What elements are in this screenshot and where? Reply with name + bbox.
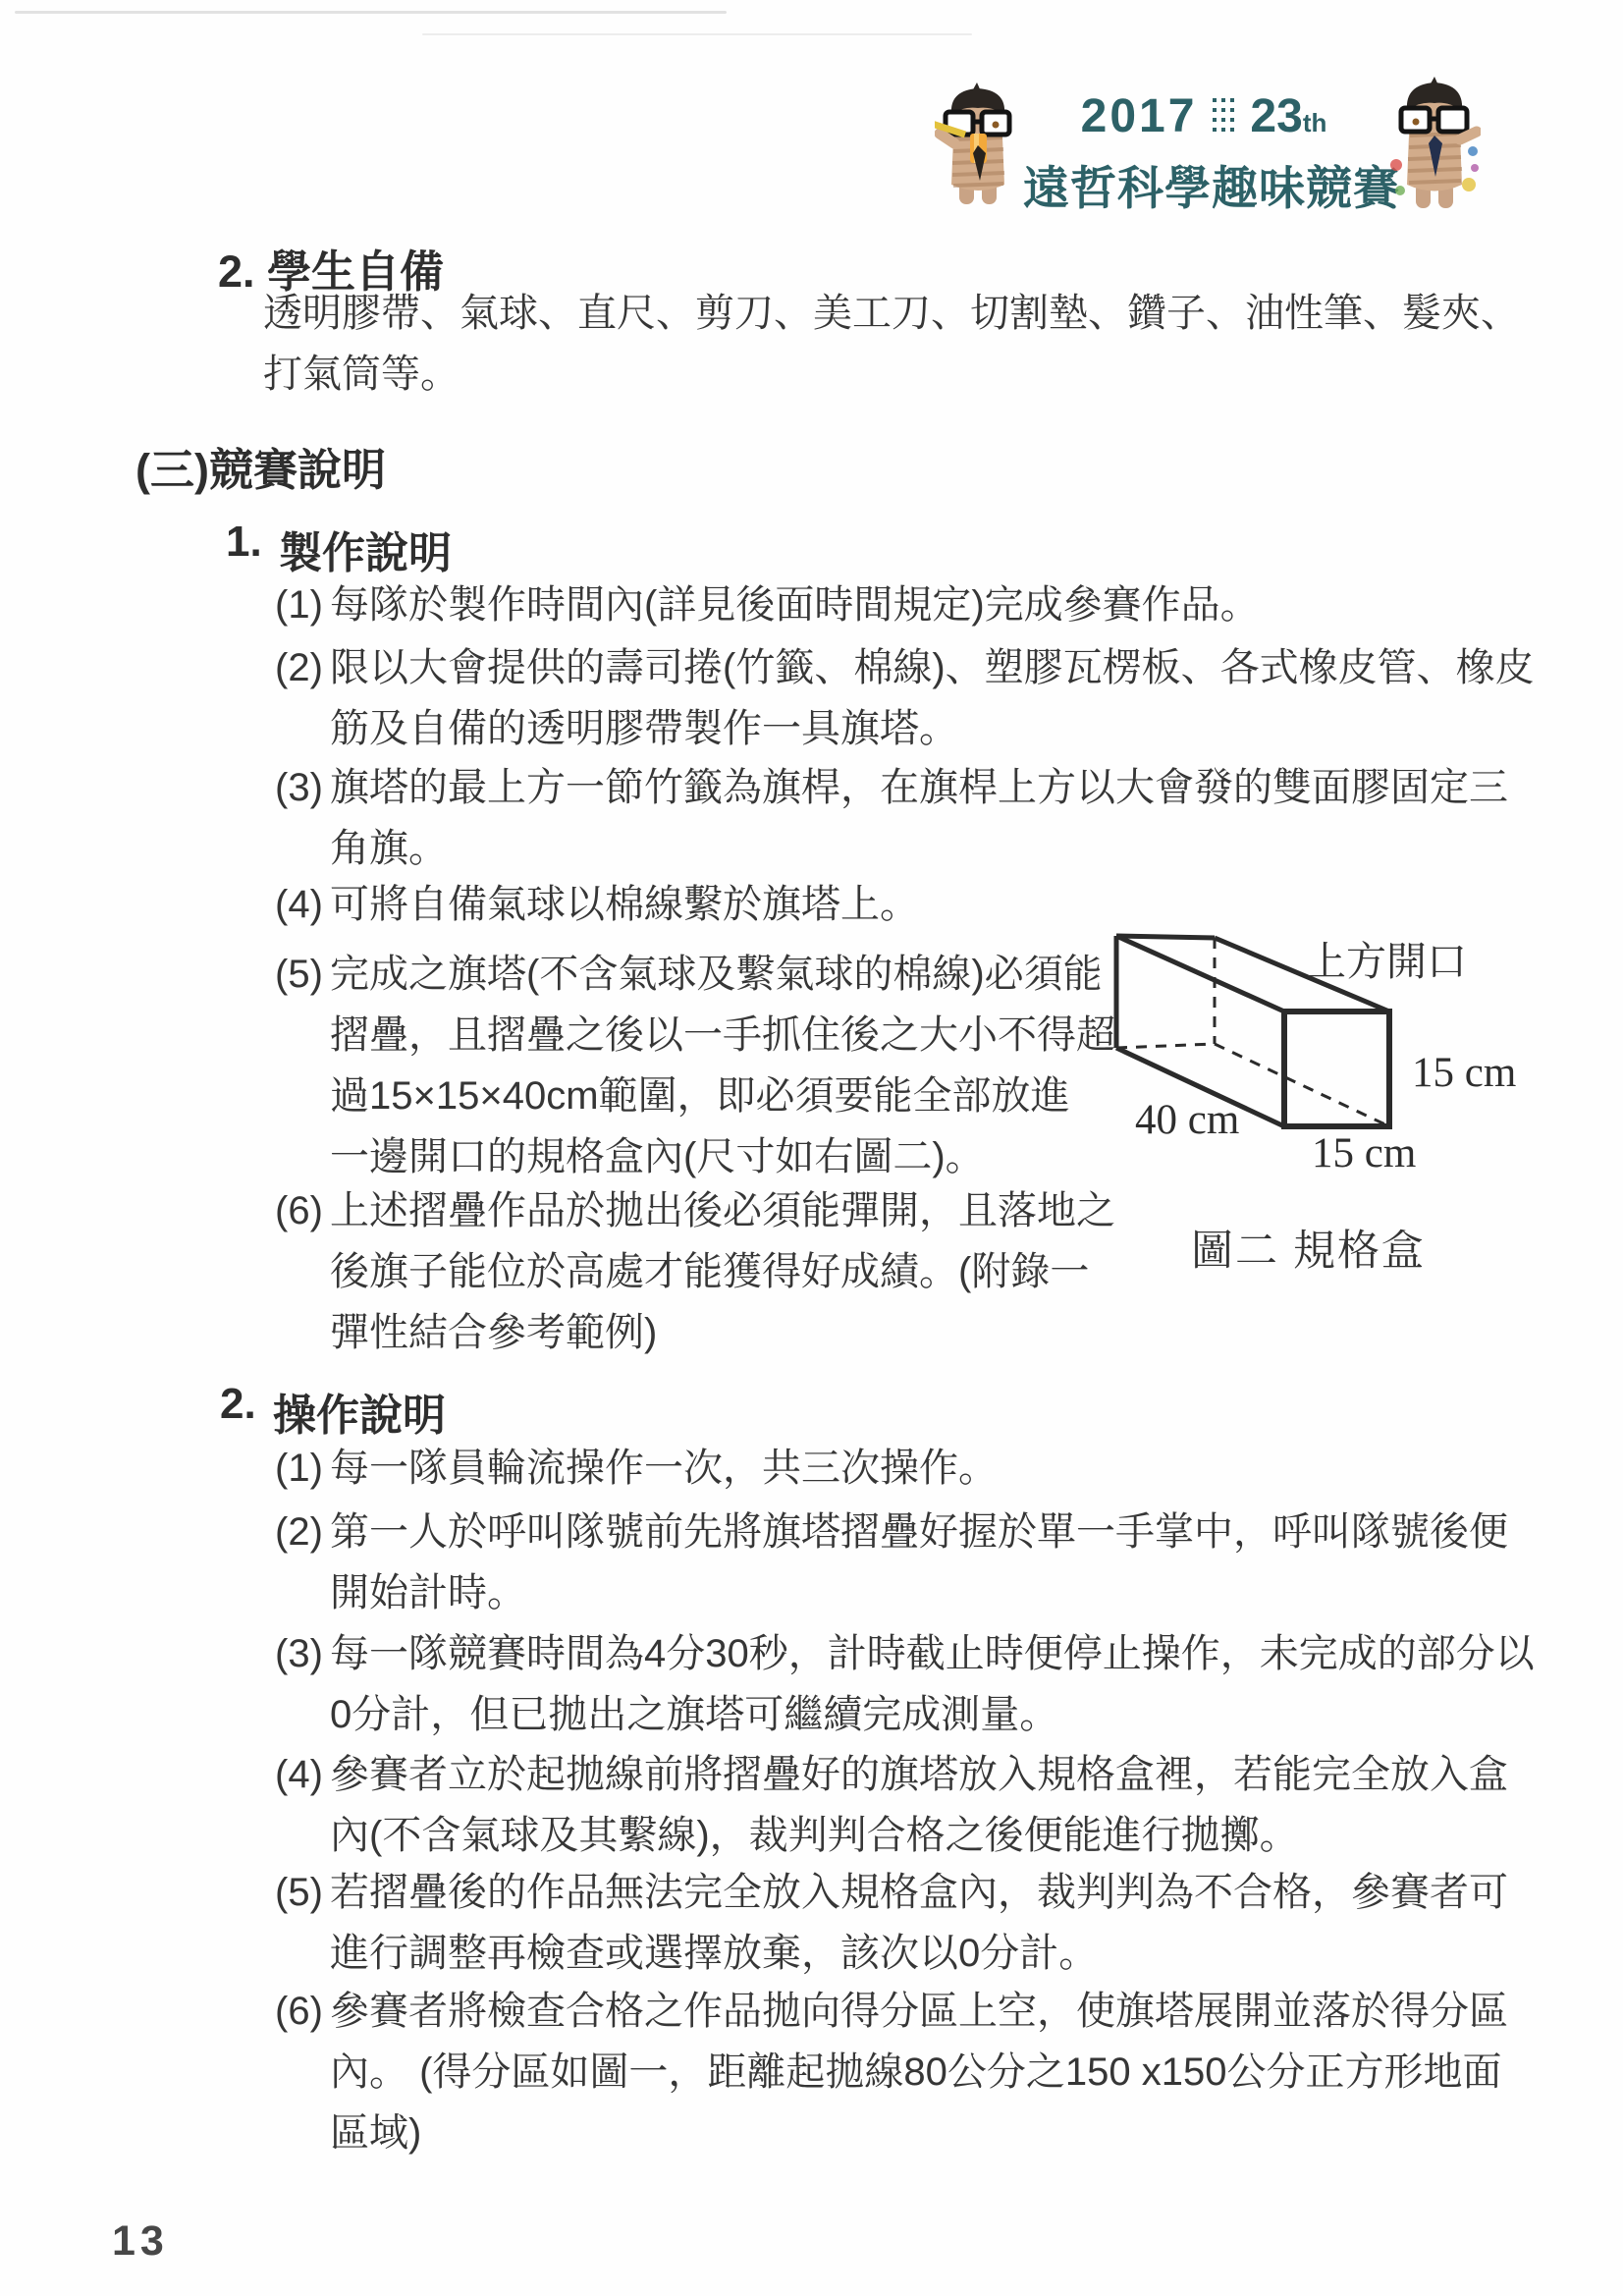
mascot-left-icon <box>935 82 1021 208</box>
subsection-operation-heading: 2.操作說明 <box>220 1380 446 1443</box>
item-number: (3) <box>275 1623 330 1745</box>
operation-item-4: (4) 參賽者立於起拋線前將摺疊好的旗塔放入規格盒裡，若能完全放入盒內(不含氣球… <box>275 1744 1508 1866</box>
item-number: (2) <box>275 637 330 759</box>
figure-height-label: 15 cm <box>1412 1049 1516 1097</box>
item-text: 每隊於製作時間內(詳見後面時間規定)完成參賽作品。 <box>330 574 1260 635</box>
making-item-2: (2) 限以大會提供的壽司捲(竹籤、棉線)、塑膠瓦楞板、各式橡皮管、橡皮筋及自備… <box>275 637 1535 759</box>
making-item-5: (5) 完成之旗塔(不含氣球及繫氣球的棉線)必須能摺疊，且摺疊之後以一手抓住後之… <box>275 944 1115 1187</box>
subsection-number: 1. <box>226 518 279 580</box>
making-item-4: (4) 可將自備氣球以棉線繫於旗塔上。 <box>275 874 919 935</box>
item-number: (1) <box>275 574 330 635</box>
logo-year-row: 2017 23th <box>1023 88 1384 143</box>
figure-length-label: 40 cm <box>1135 1096 1239 1144</box>
mascot-right-icon <box>1386 75 1481 212</box>
item-text: 旗塔的最上方一節竹籤為旗桿，在旗桿上方以大會發的雙面膠固定三角旗。 <box>330 757 1508 879</box>
section-competition-heading: (三)競賽說明 <box>135 434 386 498</box>
section-number: 2. <box>218 246 255 297</box>
subsection-title: 操作說明 <box>273 1380 446 1443</box>
item-number: (4) <box>275 874 330 935</box>
dots-separator-icon <box>1213 98 1234 134</box>
making-item-3: (3) 旗塔的最上方一節竹籤為旗桿，在旗桿上方以大會發的雙面膠固定三角旗。 <box>275 757 1508 879</box>
item-number: (5) <box>275 944 330 1187</box>
item-text: 可將自備氣球以棉線繫於旗塔上。 <box>330 874 919 935</box>
document-page: 2017 23th 遠哲科學趣味競賽 <box>0 0 1623 2296</box>
subsection-number: 2. <box>220 1380 273 1443</box>
item-text: 上述摺疊作品於拋出後必須能彈開，且落地之後旗子能位於高處才能獲得好成績。(附錄一… <box>330 1180 1115 1363</box>
figure-opening-label: 上方開口 <box>1306 929 1467 987</box>
operation-item-6: (6) 參賽者將檢查合格之作品拋向得分區上空，使旗塔展開並落於得分區內。 (得分… <box>275 1981 1508 2163</box>
item-number: (5) <box>275 1862 330 1984</box>
operation-item-1: (1) 每一隊員輪流操作一次，共三次操作。 <box>275 1438 998 1499</box>
figure-caption: 圖二 規格盒 <box>1191 1218 1426 1278</box>
item-number: (6) <box>275 1981 330 2163</box>
item-number: (1) <box>275 1438 330 1499</box>
operation-item-2: (2) 第一人於呼叫隊號前先將旗塔摺疊好握於單一手掌中，呼叫隊號後便開始計時。 <box>275 1502 1508 1623</box>
item-number: (3) <box>275 757 330 879</box>
logo-title: 遠哲科學趣味競賽 <box>1023 152 1384 218</box>
logo-edition-number: 23 <box>1250 90 1302 142</box>
item-text: 若摺疊後的作品無法完全放入規格盒內，裁判判為不合格，參賽者可進行調整再檢查或選擇… <box>330 1862 1508 1984</box>
operation-item-3: (3) 每一隊競賽時間為4分30秒，計時截止時便停止操作，未完成的部分以0分計，… <box>275 1623 1535 1745</box>
subsection-making-heading: 1.製作說明 <box>226 518 452 580</box>
item-text: 每一隊競賽時間為4分30秒，計時截止時便停止操作，未完成的部分以0分計，但已拋出… <box>330 1623 1535 1745</box>
student-supplies-paragraph: 透明膠帶、氣球、直尺、剪刀、美工刀、切割墊、鑽子、油性筆、髮夾、打氣筒等。 <box>263 283 1520 405</box>
making-item-1: (1) 每隊於製作時間內(詳見後面時間規定)完成參賽作品。 <box>275 574 1260 635</box>
event-logo: 2017 23th 遠哲科學趣味競賽 <box>1023 88 1384 218</box>
subsection-title: 製作說明 <box>279 518 452 580</box>
item-text: 參賽者立於起拋線前將摺疊好的旗塔放入規格盒裡，若能完全放入盒內(不含氣球及其繫線… <box>330 1744 1508 1866</box>
scan-artifact-line <box>15 11 727 14</box>
item-number: (4) <box>275 1744 330 1866</box>
item-number: (6) <box>275 1180 330 1363</box>
figure-depth-label: 15 cm <box>1312 1129 1416 1177</box>
item-text: 每一隊員輪流操作一次，共三次操作。 <box>330 1438 998 1499</box>
logo-edition-suffix: th <box>1303 108 1327 137</box>
item-number: (2) <box>275 1502 330 1623</box>
making-item-6: (6) 上述摺疊作品於拋出後必須能彈開，且落地之後旗子能位於高處才能獲得好成績。… <box>275 1180 1115 1363</box>
item-text: 完成之旗塔(不含氣球及繫氣球的棉線)必須能摺疊，且摺疊之後以一手抓住後之大小不得… <box>330 944 1115 1187</box>
logo-year: 2017 <box>1081 89 1198 143</box>
item-text: 限以大會提供的壽司捲(竹籤、棉線)、塑膠瓦楞板、各式橡皮管、橡皮筋及自備的透明膠… <box>330 637 1535 759</box>
item-text: 參賽者將檢查合格之作品拋向得分區上空，使旗塔展開並落於得分區內。 (得分區如圖一… <box>330 1981 1508 2163</box>
operation-item-5: (5) 若摺疊後的作品無法完全放入規格盒內，裁判判為不合格，參賽者可進行調整再檢… <box>275 1862 1508 1984</box>
scan-artifact-line-2 <box>422 33 972 35</box>
logo-edition: 23th <box>1250 89 1326 143</box>
item-text: 第一人於呼叫隊號前先將旗塔摺疊好握於單一手掌中，呼叫隊號後便開始計時。 <box>330 1502 1508 1623</box>
page-number: 13 <box>112 2217 169 2266</box>
